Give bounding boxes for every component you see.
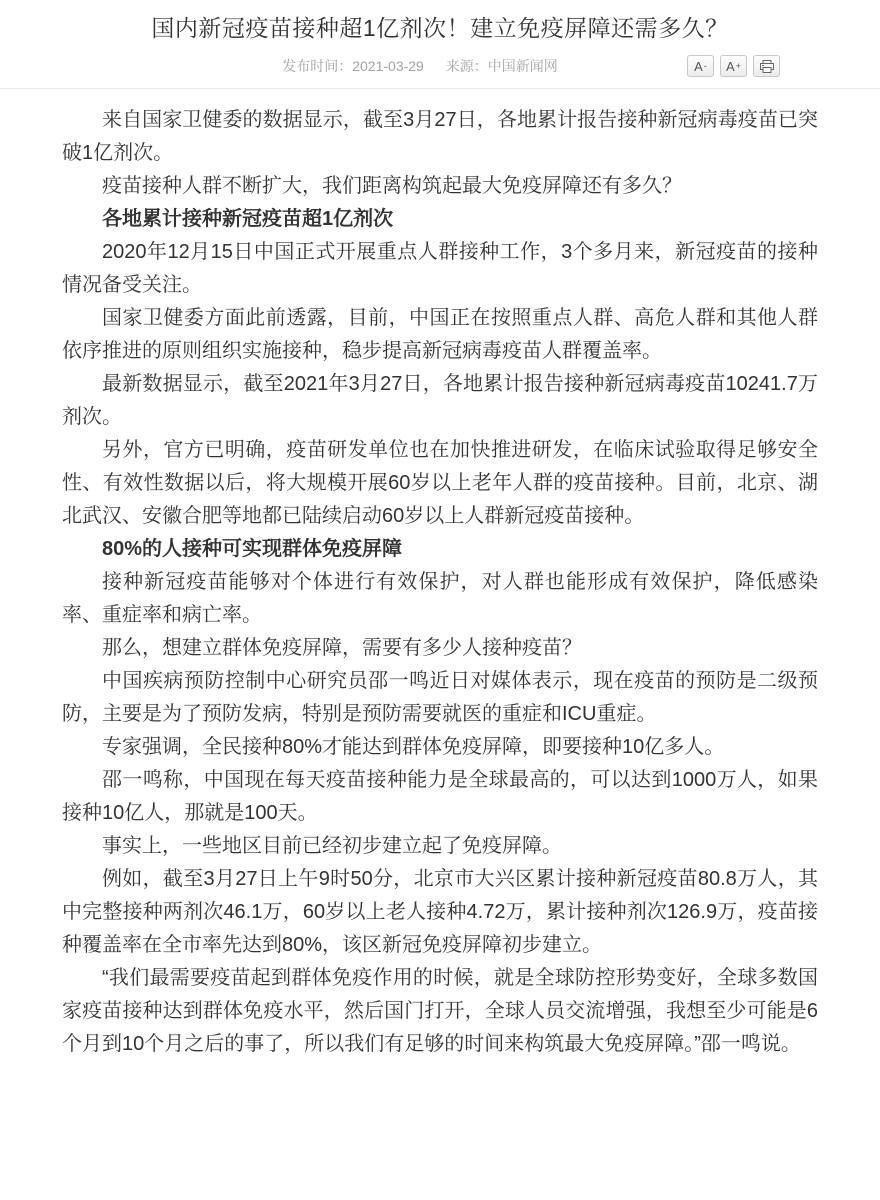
paragraph: 另外，官方已明确，疫苗研发单位也在加快推进研发，在临床试验取得足够安全性、有效性… xyxy=(62,434,818,533)
paragraph: 专家强调，全民接种80%才能达到群体免疫屏障，即要接种10亿多人。 xyxy=(62,731,818,764)
paragraph: 事实上，一些地区目前已经初步建立起了免疫屏障。 xyxy=(62,830,818,863)
article-body: 来自国家卫健委的数据显示，截至3月27日，各地累计报告接种新冠病毒疫苗已突破1亿… xyxy=(0,89,880,1061)
paragraph: 例如，截至3月27日上午9时50分，北京市大兴区累计接种新冠疫苗80.8万人，其… xyxy=(62,863,818,962)
source-label: 来源： xyxy=(446,58,488,74)
page-title: 国内新冠疫苗接种超1亿剂次！建立免疫屏障还需多久？ xyxy=(0,0,880,43)
font-print-toolbar: A- A+ xyxy=(687,55,780,77)
article-page: 国内新冠疫苗接种超1亿剂次！建立免疫屏障还需多久？ 发布时间：2021-03-2… xyxy=(0,0,880,1200)
font-increase-label: A xyxy=(726,57,735,76)
font-decrease-button[interactable]: A- xyxy=(687,55,714,77)
minus-icon: - xyxy=(704,62,707,71)
plus-icon: + xyxy=(736,62,741,71)
publish-time-label: 发布时间： xyxy=(282,58,352,74)
paragraph: 邵一鸣称，中国现在每天疫苗接种能力是全球最高的，可以达到1000万人，如果接种1… xyxy=(62,764,818,830)
print-button[interactable] xyxy=(753,55,780,77)
source-name: 中国新闻网 xyxy=(488,58,558,74)
font-increase-button[interactable]: A+ xyxy=(720,55,747,77)
source: 来源：中国新闻网 xyxy=(446,58,558,74)
article-header: 国内新冠疫苗接种超1亿剂次！建立免疫屏障还需多久？ 发布时间：2021-03-2… xyxy=(0,0,880,89)
paragraph: 最新数据显示，截至2021年3月27日，各地累计报告接种新冠病毒疫苗10241.… xyxy=(62,368,818,434)
paragraph: 疫苗接种人群不断扩大，我们距离构筑起最大免疫屏障还有多久？ xyxy=(62,170,818,203)
publish-date: 2021-03-29 xyxy=(352,58,424,74)
paragraph: “我们最需要疫苗起到群体免疫作用的时候，就是全球防控形势变好，全球多数国家疫苗接… xyxy=(62,962,818,1061)
publish-time: 发布时间：2021-03-29 xyxy=(282,58,424,74)
printer-icon xyxy=(760,60,774,73)
paragraph: 接种新冠疫苗能够对个体进行有效保护，对人群也能形成有效保护，降低感染率、重症率和… xyxy=(62,566,818,632)
paragraph: 来自国家卫健委的数据显示，截至3月27日，各地累计报告接种新冠病毒疫苗已突破1亿… xyxy=(62,104,818,170)
paragraph: 国家卫健委方面此前透露，目前，中国正在按照重点人群、高危人群和其他人群依序推进的… xyxy=(62,302,818,368)
paragraph: 2020年12月15日中国正式开展重点人群接种工作，3个多月来，新冠疫苗的接种情… xyxy=(62,236,818,302)
font-decrease-label: A xyxy=(694,57,703,76)
paragraph: 那么，想建立群体免疫屏障，需要有多少人接种疫苗？ xyxy=(62,632,818,665)
section-heading: 各地累计接种新冠疫苗超1亿剂次 xyxy=(62,203,818,236)
paragraph: 中国疾病预防控制中心研究员邵一鸣近日对媒体表示，现在疫苗的预防是二级预防，主要是… xyxy=(62,665,818,731)
section-heading: 80%的人接种可实现群体免疫屏障 xyxy=(62,533,818,566)
